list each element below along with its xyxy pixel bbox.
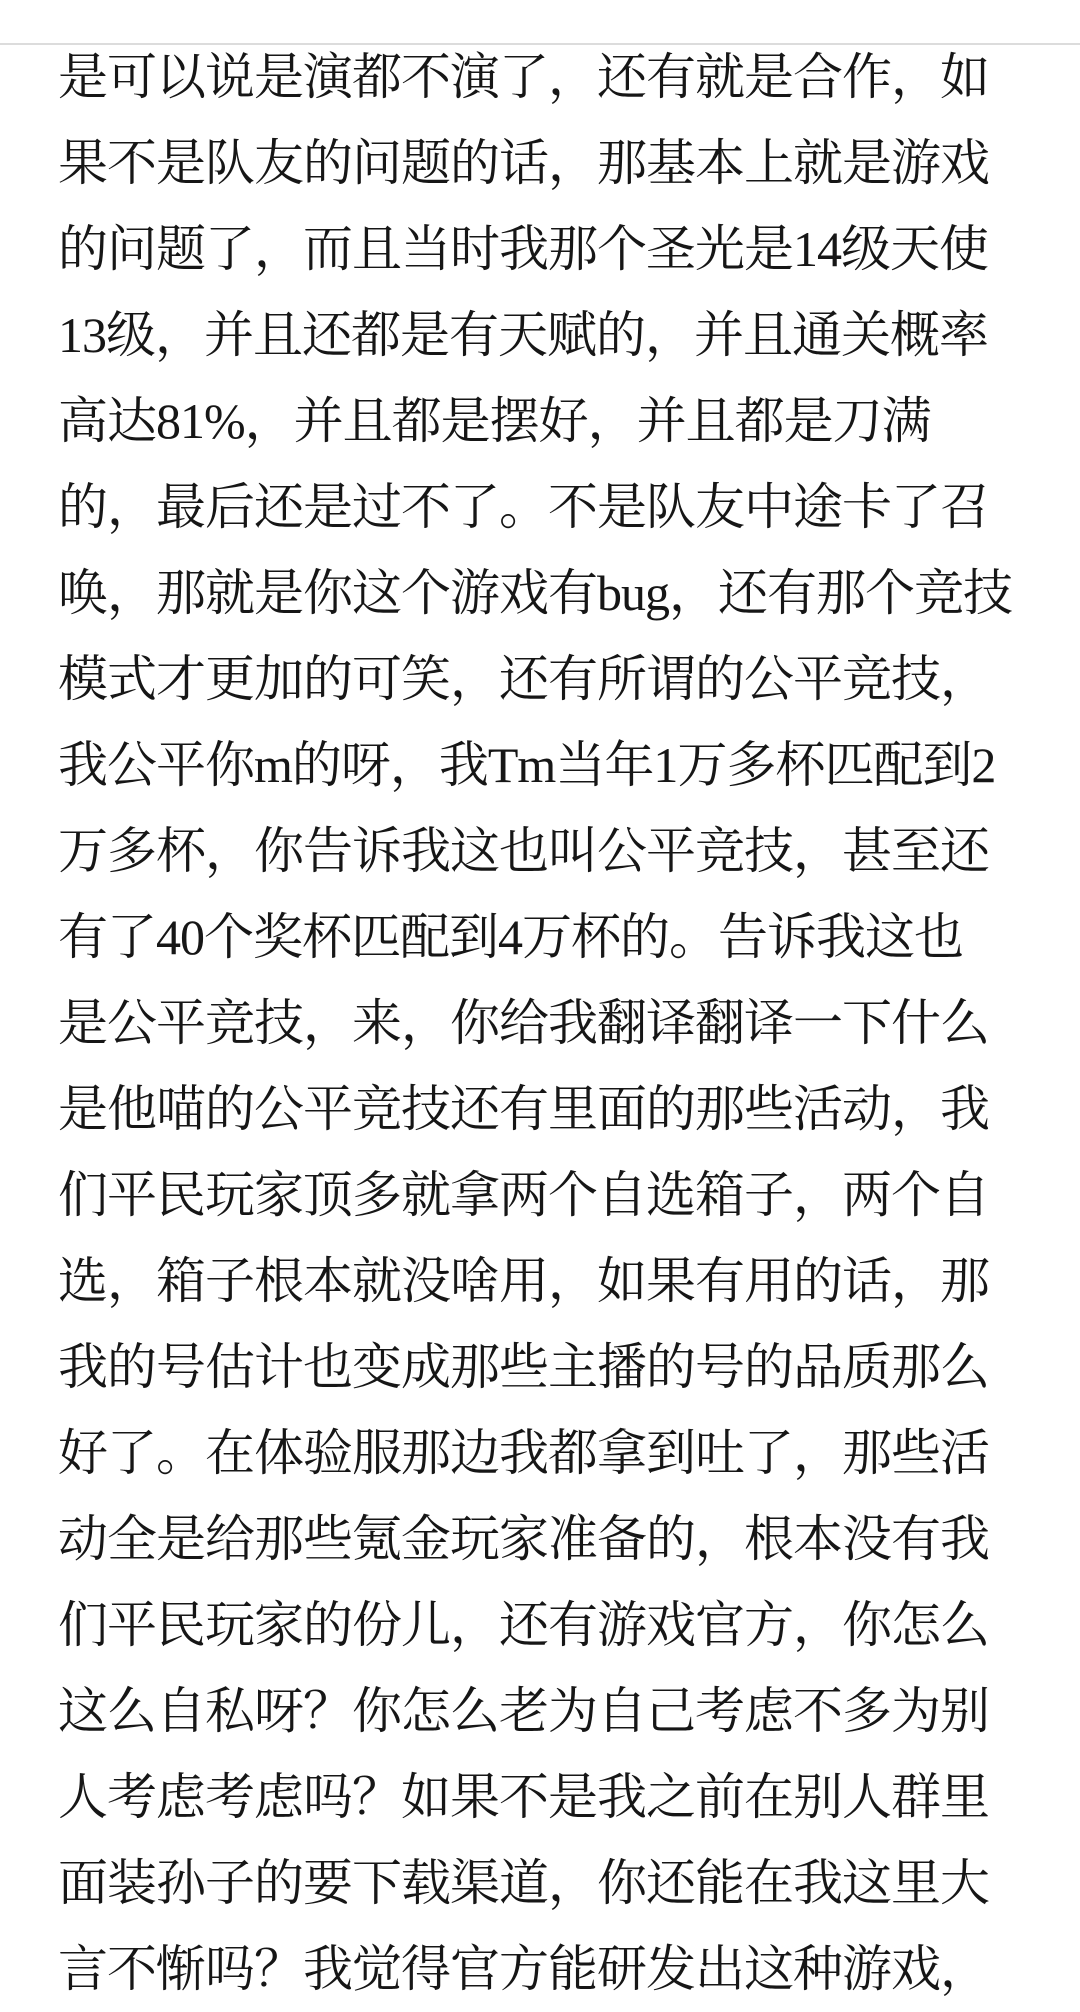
text-line: 的问题了，而且当时我那个圣光是14级天使 — [58, 206, 1030, 292]
text-line: 们平民玩家的份儿，还有游戏官方，你怎么 — [58, 1582, 1030, 1668]
text-line: 我的号估计也变成那些主播的号的品质那么 — [58, 1324, 1030, 1410]
text-line: 选，箱子根本就没啥用，如果有用的话，那 — [58, 1238, 1030, 1324]
text-line: 我公平你m的呀，我Tm当年1万多杯匹配到2 — [58, 722, 1030, 808]
text-line: 果不是队友的问题的话，那基本上就是游戏 — [58, 120, 1030, 206]
text-line: 万多杯，你告诉我这也叫公平竞技，甚至还 — [58, 808, 1030, 894]
text-line: 唤，那就是你这个游戏有bug，还有那个竞技 — [58, 550, 1030, 636]
text-line: 是可以说是演都不演了，还有就是合作，如 — [58, 34, 1030, 120]
text-line: 模式才更加的可笑，还有所谓的公平竞技， — [58, 636, 1030, 722]
text-line: 有了40个奖杯匹配到4万杯的。告诉我这也 — [58, 894, 1030, 980]
text-block: 是可以说是演都不演了，还有就是合作，如 果不是队友的问题的话，那基本上就是游戏 … — [58, 34, 1030, 2012]
text-line: 13级，并且还都是有天赋的，并且通关概率 — [58, 292, 1030, 378]
text-line: 是他喵的公平竞技还有里面的那些活动，我 — [58, 1066, 1030, 1152]
text-line: 们平民玩家顶多就拿两个自选箱子，两个自 — [58, 1152, 1030, 1238]
text-line: 动全是给那些氪金玩家准备的，根本没有我 — [58, 1496, 1030, 1582]
text-page: 是可以说是演都不演了，还有就是合作，如 果不是队友的问题的话，那基本上就是游戏 … — [0, 0, 1080, 2012]
text-line: 好了。在体验服那边我都拿到吐了，那些活 — [58, 1410, 1030, 1496]
text-line: 是公平竞技，来，你给我翻译翻译一下什么 — [58, 980, 1030, 1066]
text-line: 言不惭吗？我觉得官方能研发出这种游戏， — [58, 1926, 1030, 2012]
text-line: 高达81%，并且都是摆好，并且都是刀满 — [58, 378, 1030, 464]
text-line: 的，最后还是过不了。不是队友中途卡了召 — [58, 464, 1030, 550]
text-line: 人考虑考虑吗？如果不是我之前在别人群里 — [58, 1754, 1030, 1840]
text-line: 这么自私呀？你怎么老为自己考虑不多为别 — [58, 1668, 1030, 1754]
text-line: 面装孙子的要下载渠道，你还能在我这里大 — [58, 1840, 1030, 1926]
